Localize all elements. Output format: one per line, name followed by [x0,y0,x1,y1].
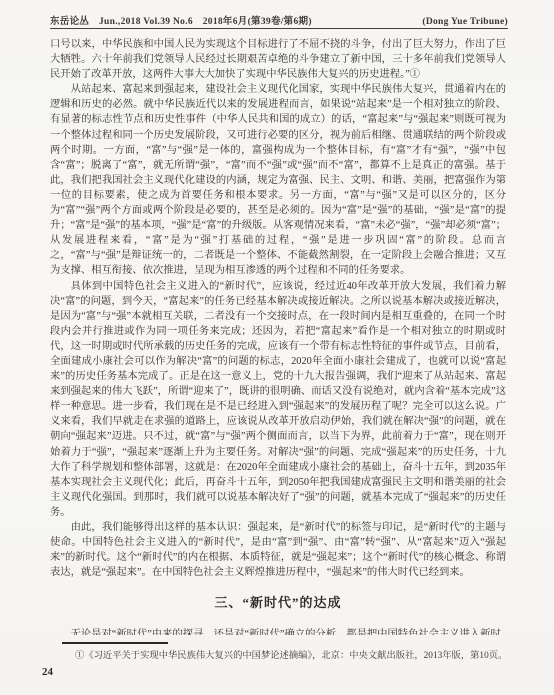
header-rule [50,28,508,29]
body-paragraph: 无论是对“新时代”由来的探寻，还是对“新时代”确立的分析，都是把中国特色社会主义… [50,627,506,635]
body-paragraph: 由此，我们能够得出这样的基本认识：强起来，是“新时代”的标签与印记，是“新时代”… [50,520,506,580]
journal-name-english: (Dong Yue Tribune) [422,17,508,27]
body-paragraph: 具体到中国特色社会主义进入的“新时代”，应该说，经过近40年改革开放大发展，我们… [50,279,506,521]
scanned-journal-page: 东岳论丛 Jun.,2018 Vol.39 No.6 2018年6月(第39卷/… [0,0,554,695]
body-paragraph: 口号以来，中华民族和中国人民为实现这个目标进行了不屈不挠的斗争，付出了巨大努力，… [50,37,506,82]
article-body: 口号以来，中华民族和中国人民为实现这个目标进行了不屈不挠的斗争，付出了巨大努力，… [50,37,506,635]
page-number: 24 [42,666,53,678]
journal-header-info: 东岳论丛 Jun.,2018 Vol.39 No.6 2018年6月(第39卷/… [50,13,312,27]
page-header: 东岳论丛 Jun.,2018 Vol.39 No.6 2018年6月(第39卷/… [50,13,508,27]
body-paragraph: 从站起来、富起来到强起来，建设社会主义现代化国家，实现中华民族伟大复兴，贯通着内… [50,82,506,278]
section-heading: 三、“新时代”的达成 [50,595,506,610]
footnote-rule [62,642,168,644]
footnote-text: ①《习近平关于实现中华民族伟大复兴的中国梦论述摘编》，北京：中央文献出版社，20… [62,650,514,662]
